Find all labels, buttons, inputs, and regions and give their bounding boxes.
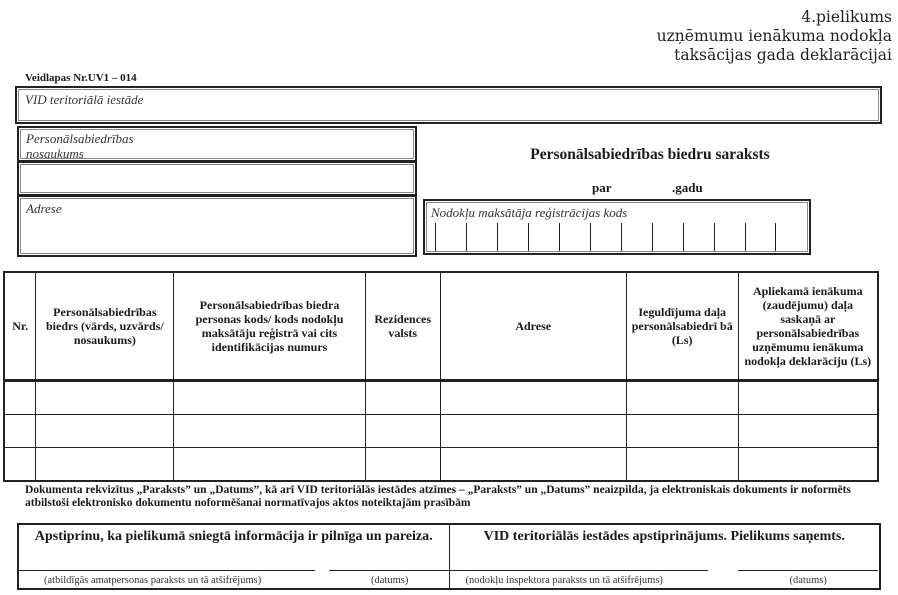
col-header-member: Personālsabiedrības biedrs (vārds, uzvār… (36, 272, 174, 381)
company-name-label-2: nosaukums (26, 146, 134, 161)
tax-code-cells[interactable] (435, 223, 776, 251)
annex-line: uzņēmumu ienākuma nodokļa (657, 27, 892, 46)
table-header-row: Nr. Personālsabiedrības biedrs (vārds, u… (4, 272, 878, 381)
table-row (4, 448, 878, 482)
tax-code-cell[interactable] (466, 223, 497, 251)
col-header-nr: Nr. (4, 272, 36, 381)
table-cell[interactable] (738, 415, 878, 448)
members-table: Nr. Personālsabiedrības biedrs (vārds, u… (3, 271, 879, 482)
col-header-residence: Rezidences valsts (365, 272, 440, 381)
annex-reference: 4.pielikums uzņēmumu ienākuma nodokļa ta… (657, 8, 892, 65)
taxpayer-confirmation: Apstiprinu, ka pielikumā sniegtā informā… (19, 525, 449, 588)
company-name-field[interactable] (17, 161, 417, 196)
table-cell[interactable] (174, 381, 365, 415)
company-name-label: Personālsabiedrības (26, 131, 134, 146)
tax-code-cell[interactable] (683, 223, 714, 251)
inspector-date-caption: (datums) (790, 575, 827, 586)
taxpayer-confirmation-heading: Apstiprinu, ka pielikumā sniegtā informā… (19, 529, 449, 545)
col-header-taxable-income-share: Apliekamā ienākuma (zaudējumu) daļa sask… (738, 272, 878, 381)
col-header-investment-share: Ieguldījuma daļa personālsabiedrī bā (Ls… (626, 272, 738, 381)
col-header-address: Adrese (440, 272, 626, 381)
table-cell[interactable] (36, 415, 174, 448)
inspector-signature-caption: (nodokļu inspektora paraksts un tā atšif… (466, 575, 663, 586)
signature-section: Apstiprinu, ka pielikumā sniegtā informā… (17, 523, 881, 590)
table-cell[interactable] (4, 415, 36, 448)
year-suffix: .gadu (672, 180, 703, 196)
col-header-id: Personālsabiedrības biedra personas kods… (174, 272, 365, 381)
vid-office-field[interactable]: VID teritoriālā iestāde (15, 86, 882, 124)
tax-code-cell[interactable] (590, 223, 621, 251)
vid-confirmation-heading: VID teritoriālās iestādes apstiprinājums… (450, 529, 880, 545)
address-field[interactable]: Adrese (17, 195, 417, 257)
tax-code-cell[interactable] (621, 223, 652, 251)
tax-code-cell[interactable] (435, 223, 466, 251)
annex-line: 4.pielikums (657, 8, 892, 27)
table-cell[interactable] (440, 415, 626, 448)
inspector-date-line[interactable] (738, 570, 878, 571)
tax-code-cell[interactable] (714, 223, 745, 251)
tax-code-field[interactable]: Nodokļu maksātāja reģistrācijas kods (423, 199, 811, 255)
table-cell[interactable] (36, 448, 174, 482)
tax-code-cell[interactable] (652, 223, 683, 251)
table-cell[interactable] (365, 381, 440, 415)
year-input[interactable] (618, 178, 670, 194)
tax-code-cell[interactable] (559, 223, 590, 251)
company-name-label-box: Personālsabiedrības nosaukums (17, 126, 417, 162)
vid-office-label: VID teritoriālā iestāde (25, 92, 143, 108)
table-cell[interactable] (36, 381, 174, 415)
table-cell[interactable] (626, 448, 738, 482)
year-prefix: par (592, 180, 612, 196)
table-cell[interactable] (440, 448, 626, 482)
tax-code-cell[interactable] (528, 223, 559, 251)
table-cell[interactable] (4, 448, 36, 482)
tax-code-cell[interactable] (745, 223, 776, 251)
table-cell[interactable] (626, 415, 738, 448)
table-cell[interactable] (365, 448, 440, 482)
taxpayer-signature-line[interactable] (19, 570, 315, 571)
table-cell[interactable] (440, 381, 626, 415)
table-cell[interactable] (4, 381, 36, 415)
table-row (4, 415, 878, 448)
tax-code-label: Nodokļu maksātāja reģistrācijas kods (431, 205, 627, 221)
table-row (4, 381, 878, 415)
table-cell[interactable] (174, 448, 365, 482)
taxpayer-date-line[interactable] (329, 570, 453, 571)
tax-code-cell[interactable] (497, 223, 528, 251)
annex-line: taksācijas gada deklarācijai (657, 46, 892, 65)
vid-confirmation: VID teritoriālās iestādes apstiprinājums… (449, 525, 880, 588)
taxpayer-date-caption: (datums) (371, 575, 408, 586)
table-cell[interactable] (365, 415, 440, 448)
table-cell[interactable] (174, 415, 365, 448)
instruction-note: Dokumenta rekvizītus „Paraksts” un „Datu… (25, 484, 885, 510)
page-title: Personālsabiedrības biedru saraksts (430, 146, 870, 164)
table-cell[interactable] (626, 381, 738, 415)
form-number: Veidlapas Nr.UV1 – 014 (25, 72, 137, 84)
table-cell[interactable] (738, 448, 878, 482)
address-label: Adrese (26, 201, 62, 217)
table-cell[interactable] (738, 381, 878, 415)
inspector-signature-line[interactable] (450, 570, 708, 571)
taxpayer-signature-caption: (atbildīgās amatpersonas paraksts un tā … (44, 575, 261, 586)
